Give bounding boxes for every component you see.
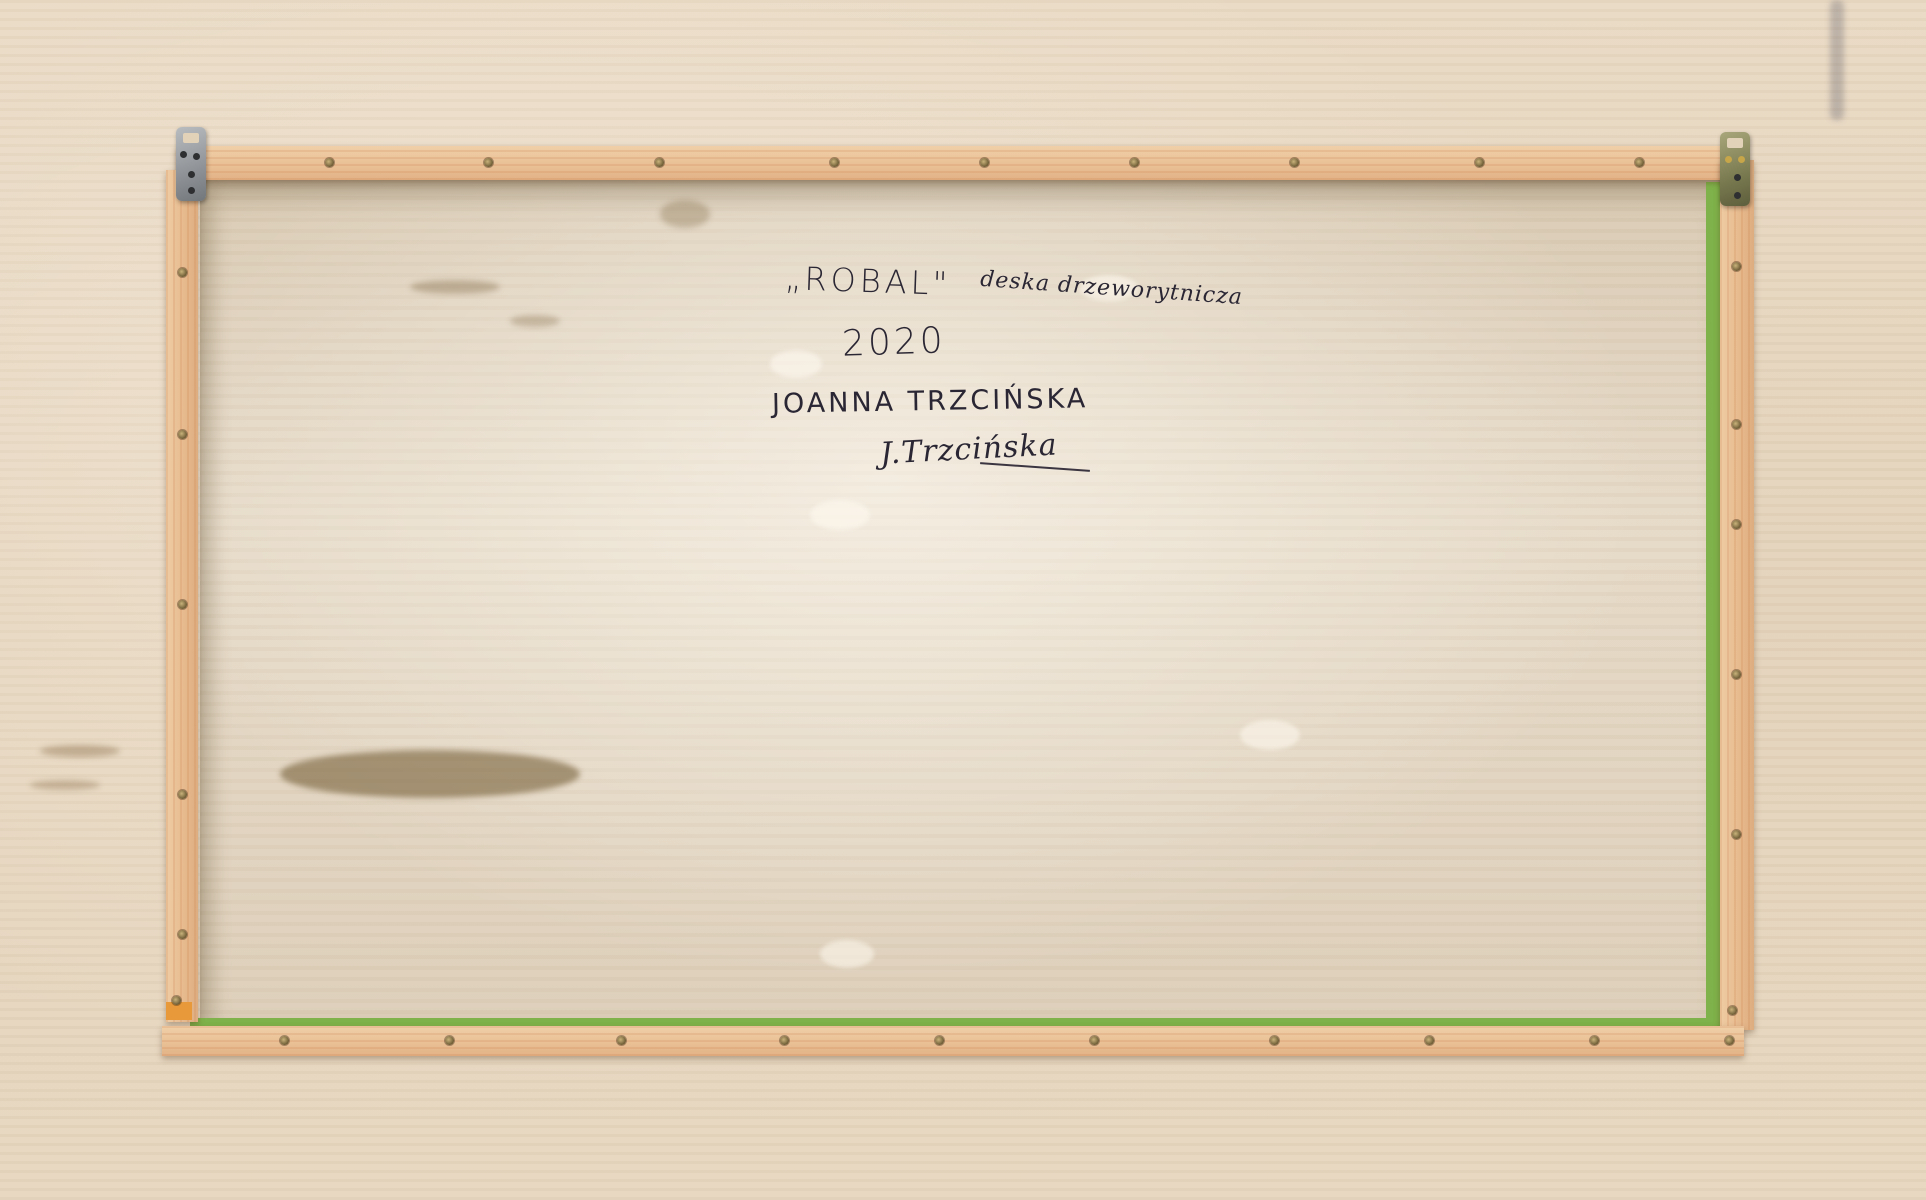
frame-left-rail xyxy=(166,170,198,1022)
frame-right-rail xyxy=(1720,160,1754,1030)
knot xyxy=(810,500,870,530)
bracket-bolt xyxy=(1734,174,1741,181)
screw xyxy=(1590,1036,1599,1045)
frame-top-rail xyxy=(176,146,1726,180)
bracket-hole xyxy=(183,133,199,143)
stain xyxy=(280,750,580,798)
screw xyxy=(1732,262,1741,271)
screw xyxy=(178,600,187,609)
right-hanging-bracket xyxy=(1720,132,1750,206)
screw xyxy=(172,996,181,1005)
bracket-bolt xyxy=(188,171,195,178)
screw xyxy=(1425,1036,1434,1045)
stain xyxy=(510,315,560,327)
stain xyxy=(410,280,500,294)
screw xyxy=(1725,1036,1734,1045)
screw xyxy=(1732,670,1741,679)
screw xyxy=(830,158,839,167)
bracket-bolt xyxy=(188,187,195,194)
bracket-bolt xyxy=(1738,156,1745,163)
bracket-bolt xyxy=(180,151,187,158)
screw xyxy=(980,158,989,167)
knot xyxy=(820,940,874,968)
screw xyxy=(1732,830,1741,839)
screw xyxy=(1090,1036,1099,1045)
bracket-hole xyxy=(1727,138,1743,148)
plywood-panel: „ROBAL" deska drzeworytnicza 2020 JOANNA… xyxy=(0,0,1926,1200)
screw xyxy=(178,268,187,277)
stain xyxy=(660,200,710,228)
green-edge-right xyxy=(1706,182,1720,1030)
screw xyxy=(1130,158,1139,167)
frame-bottom-rail xyxy=(162,1026,1744,1056)
inscription-year: 2020 xyxy=(841,320,946,365)
screw xyxy=(1475,158,1484,167)
screw xyxy=(780,1036,789,1045)
screw xyxy=(655,158,664,167)
bracket-bolt xyxy=(1734,192,1741,199)
screw xyxy=(484,158,493,167)
inscription-author: JOANNA TRZCIŃSKA xyxy=(772,383,1089,420)
knot xyxy=(1240,720,1300,750)
bracket-bolt xyxy=(193,153,200,160)
screw xyxy=(178,930,187,939)
stain xyxy=(1830,0,1844,120)
screw xyxy=(1728,1006,1737,1015)
screw xyxy=(280,1036,289,1045)
screw xyxy=(617,1036,626,1045)
screw xyxy=(1732,420,1741,429)
bracket-bolt xyxy=(1725,156,1732,163)
inner-panel xyxy=(200,180,1720,1025)
screw xyxy=(445,1036,454,1045)
inscription-title: „ROBAL" xyxy=(784,259,951,303)
screw xyxy=(935,1036,944,1045)
screw xyxy=(178,430,187,439)
orange-mark xyxy=(166,1002,192,1020)
screw xyxy=(325,158,334,167)
screw xyxy=(178,790,187,799)
screw xyxy=(1270,1036,1279,1045)
screw xyxy=(1290,158,1299,167)
left-hanging-bracket xyxy=(176,127,206,201)
knot xyxy=(770,350,822,378)
stain xyxy=(30,780,100,790)
screw xyxy=(1732,520,1741,529)
screw xyxy=(1635,158,1644,167)
stain xyxy=(40,745,120,757)
